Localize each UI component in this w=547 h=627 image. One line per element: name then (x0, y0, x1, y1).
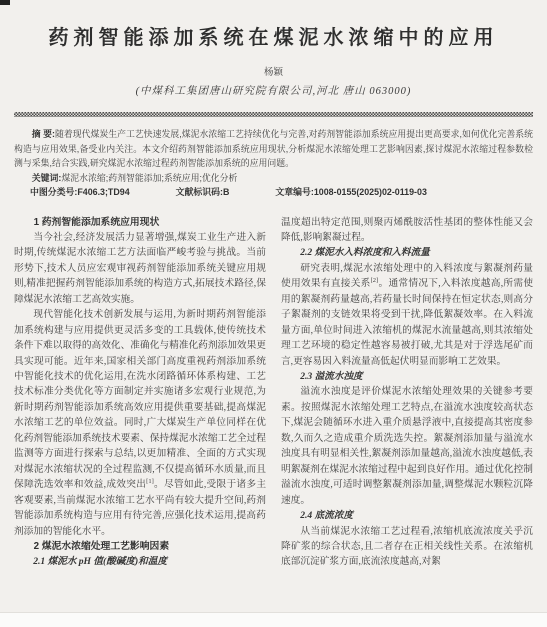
section-heading-1: 1 药剂智能添加系统应用现状 (14, 215, 266, 230)
doc-code-value: B (223, 187, 229, 197)
doc-code-label: 文献标识码: (176, 187, 223, 197)
abstract-block: 摘 要:随着现代煤炭生产工艺快速发展,煤泥水浓缩工艺持续优化与完善,对药剂智能添… (14, 127, 533, 200)
paragraph-continuation: 温度超出特定范围,则聚丙烯酰胺活性基团的整体性能又会降低,影响絮凝过程。 (281, 215, 533, 246)
keywords-label: 关键词: (32, 173, 62, 183)
section-heading-2: 2 煤泥水浓缩处理工艺影响因素 (14, 539, 266, 554)
paragraph: 溢流水浊度是评价煤泥水浓缩处理效果的关键参考要素。按照煤泥水浓缩处理工艺特点,在… (281, 384, 533, 508)
keywords-line: 关键词:煤泥水浓缩;药剂智能添加;系统应用;优化分析 (14, 171, 533, 186)
two-column-body: 1 药剂智能添加系统应用现状 当今社会,经济发展活力显著增强,煤炭工业生产进入新… (14, 215, 533, 570)
subsection-heading-2-4: 2.4 底流浓度 (281, 508, 533, 523)
abstract-paragraph: 摘 要:随着现代煤炭生产工艺快速发展,煤泥水浓缩工艺持续优化与完善,对药剂智能添… (14, 127, 533, 171)
article-no-label: 文章编号: (275, 187, 313, 197)
paper-page: 药剂智能添加系统在煤泥水浓缩中的应用 杨颖 (中煤科工集团唐山研究院有限公司,河… (0, 0, 547, 612)
author-name: 杨颖 (14, 64, 533, 78)
abstract-text: 随着现代煤炭生产工艺快速发展,煤泥水浓缩工艺持续优化与完善,对药剂智能添加系统应… (14, 129, 533, 168)
paragraph-text: 。通常情况下,入料浓度越高,所需使用的絮凝剂药量越高,若药量长时间保持在恒定状态… (281, 278, 533, 366)
paragraph: 从当前煤泥水浓缩工艺过程看,浓缩机底流浓度关乎沉降矿浆的综合状态,且二者存在正相… (281, 524, 533, 570)
abstract-label: 摘 要: (32, 129, 55, 139)
clc-label: 中图分类号: (30, 187, 77, 197)
clc-value: F406.3;TD94 (77, 187, 129, 197)
paragraph: 现代智能化技术创新发展与运用,为新时期药剂智能添加系统构建与应用提供更灵活多变的… (14, 307, 266, 539)
paragraph-text: 现代智能化技术创新发展与运用,为新时期药剂智能添加系统构建与应用提供更灵活多变的… (14, 309, 266, 490)
clc-number: 中图分类号:F406.3;TD94 (30, 185, 130, 200)
paragraph: 当今社会,经济发展活力显著增强,煤炭工业生产进入新时期,传统煤泥水浓缩工艺方法面… (14, 230, 266, 307)
left-column: 1 药剂智能添加系统应用现状 当今社会,经济发展活力显著增强,煤炭工业生产进入新… (14, 215, 266, 570)
decorative-hatch-rule (14, 112, 533, 117)
meta-line: 中图分类号:F406.3;TD94 文献标识码:B 文章编号:1008-0155… (14, 185, 533, 200)
right-column: 温度超出特定范围,则聚丙烯酰胺活性基团的整体性能又会降低,影响絮凝过程。 2.2… (281, 215, 533, 570)
scan-corner-artifact (0, 0, 10, 5)
article-number: 文章编号:1008-0155(2025)02-0119-03 (275, 185, 426, 200)
author-affiliation: (中煤科工集团唐山研究院有限公司,河北 唐山 063000) (14, 83, 533, 98)
reference-marker-1: [1] (146, 478, 154, 485)
article-no-value: 1008-0155(2025)02-0119-03 (314, 187, 427, 197)
page-bottom-margin (0, 612, 547, 627)
page-title: 药剂智能添加系统在煤泥水浓缩中的应用 (14, 21, 533, 50)
doc-code: 文献标识码:B (176, 185, 230, 200)
subsection-heading-2-3: 2.3 溢流水浊度 (281, 369, 533, 384)
subsection-heading-2-2: 2.2 煤泥水入料浓度和入料流量 (281, 245, 533, 260)
paragraph: 研究表明,煤泥水浓缩处理中的入料浓度与絮凝剂药量使用效果有直接关系[2]。通常情… (281, 261, 533, 369)
keywords-text: 煤泥水浓缩;药剂智能添加;系统应用;优化分析 (61, 173, 237, 183)
subsection-heading-2-1: 2.1 煤泥水 pH 值(酸碱度)和温度 (14, 554, 266, 569)
